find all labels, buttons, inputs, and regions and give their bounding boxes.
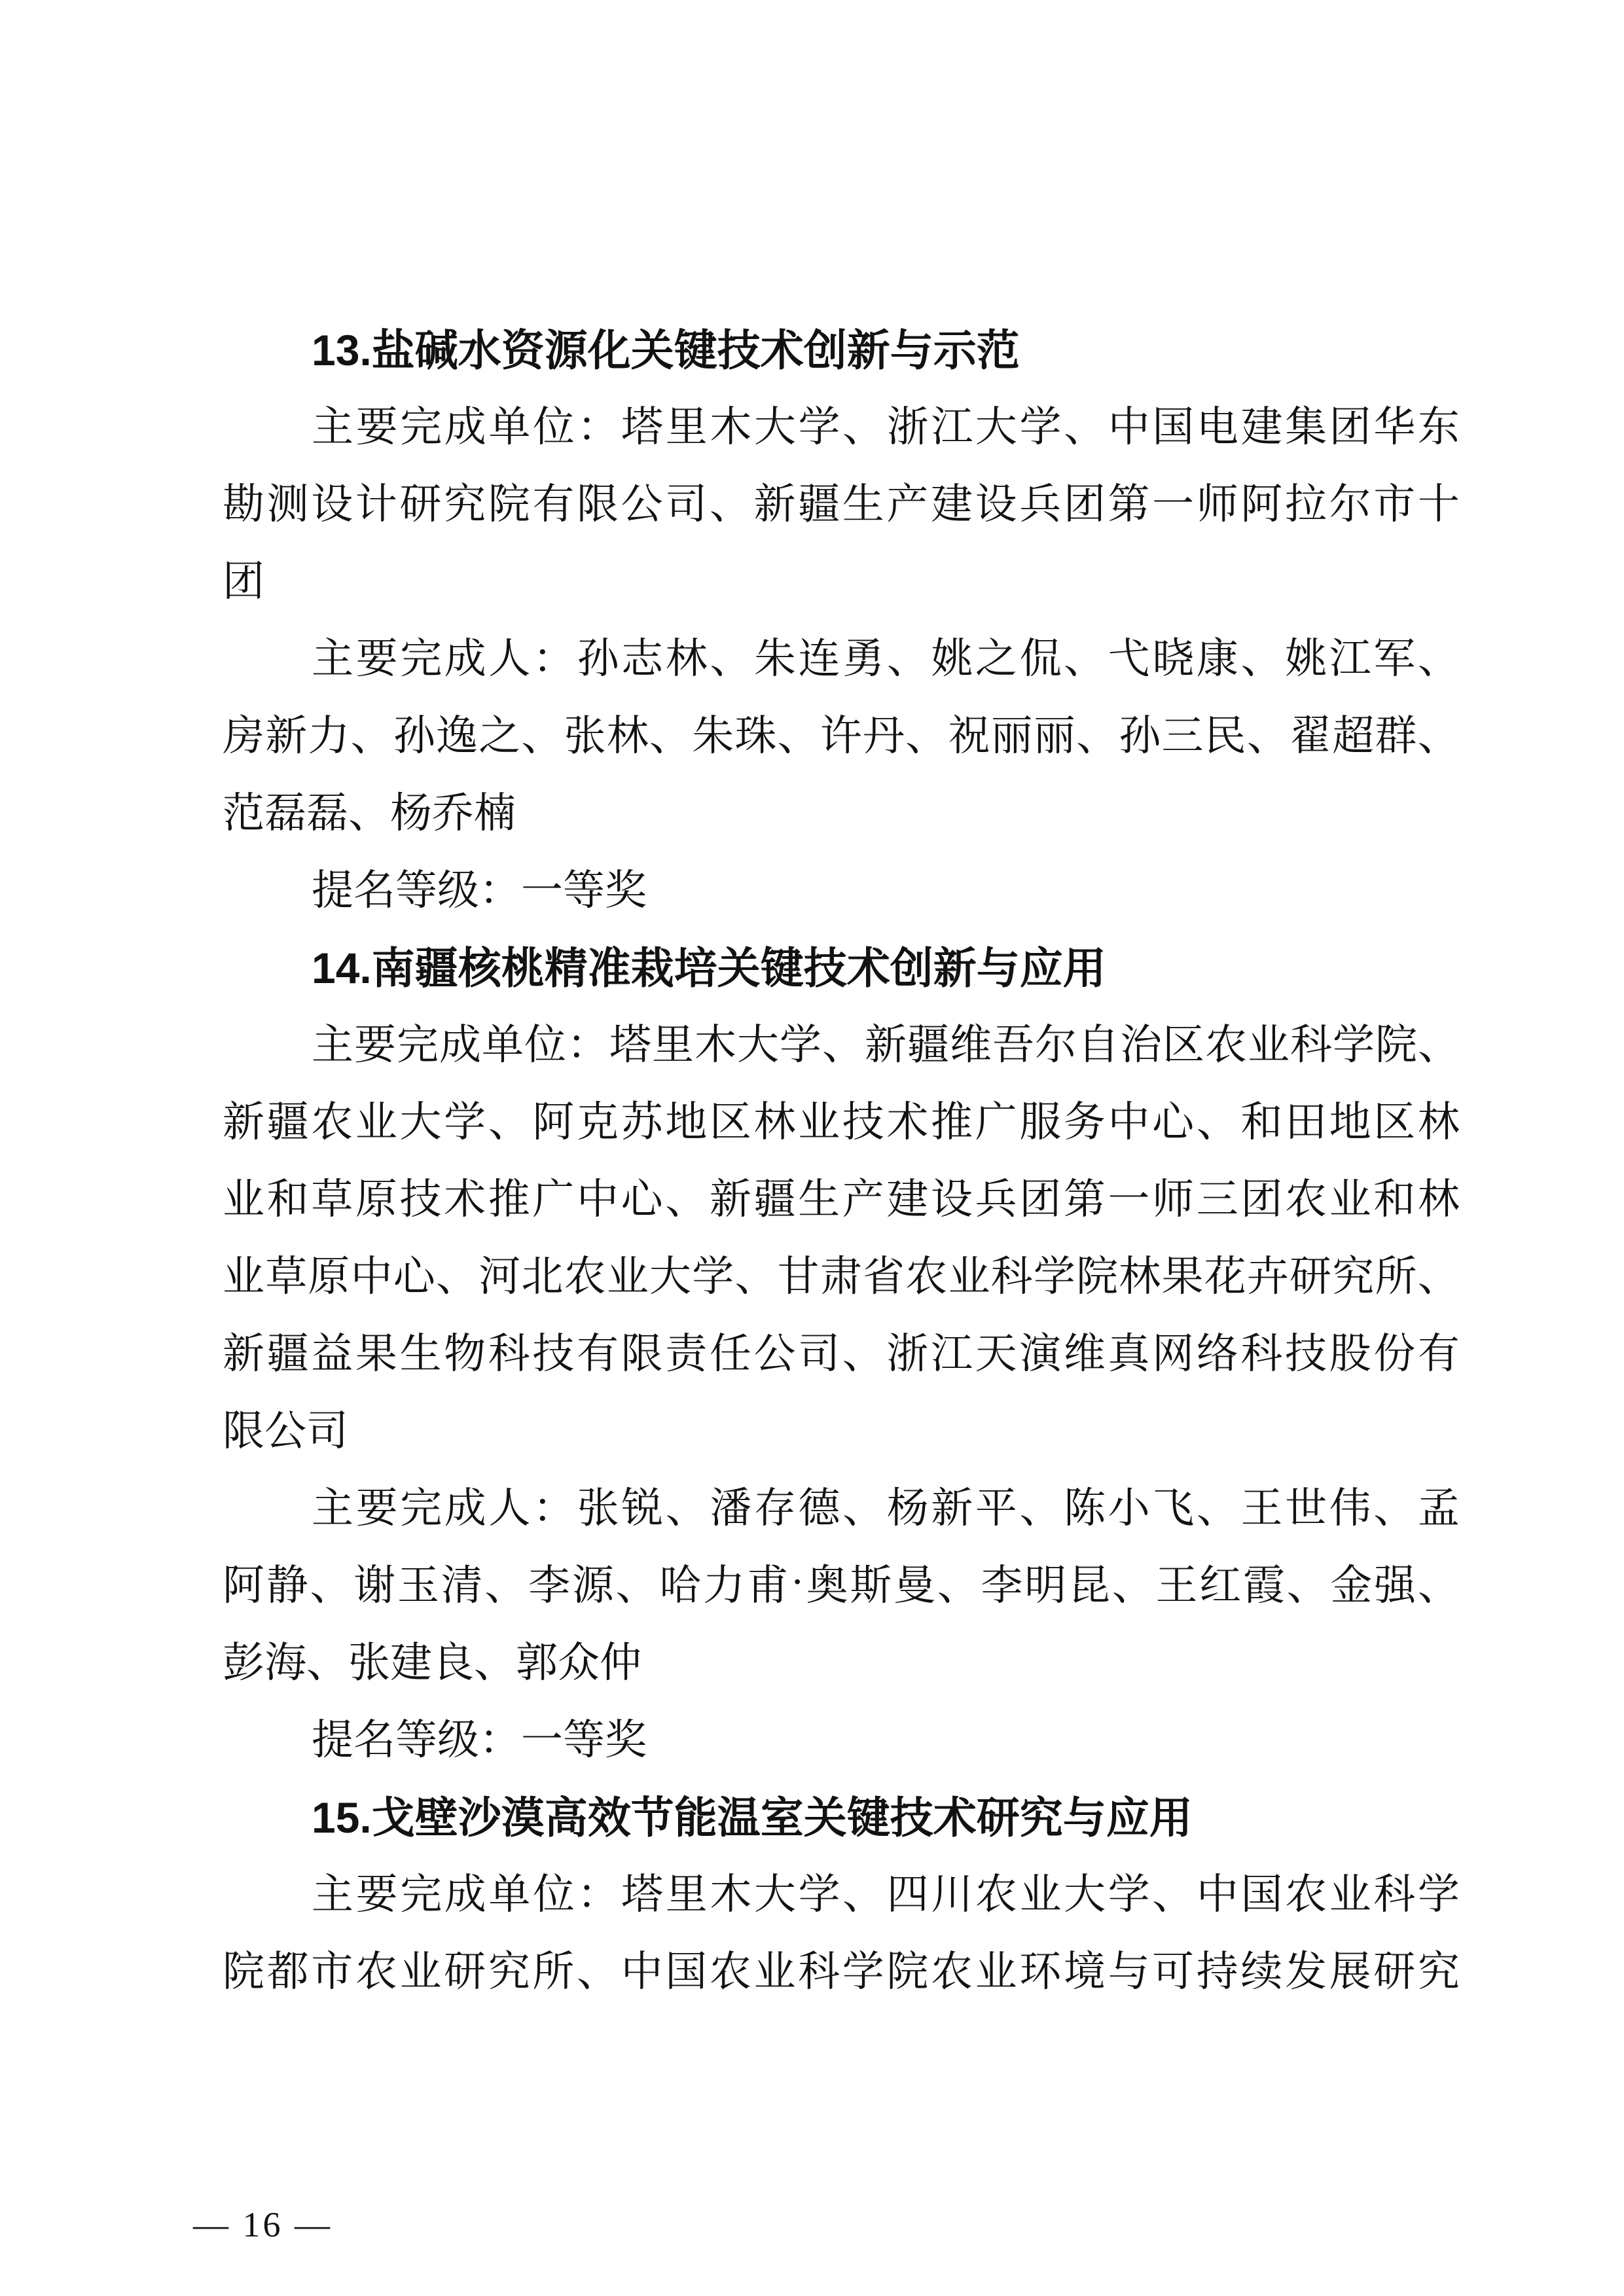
section-14-unit-line: 业草原中心、河北农业大学、甘肃省农业科学院林果花卉研究所、 [223,1234,1460,1312]
section-14-people-line: 阿静、谢玉清、李源、哈力甫·奥斯曼、李明昆、王红霞、金强、 [223,1543,1460,1621]
section-14-people-line: 主要完成人：张锐、潘存德、杨新平、陈小飞、王世伟、孟 [223,1466,1460,1543]
section-14-unit-line: 业和草原技术推广中心、新疆生产建设兵团第一师三团农业和林 [223,1157,1460,1234]
section-14-people-line: 彭海、张建良、郭众仲 [223,1621,1460,1698]
section-14-grade-line: 提名等级：一等奖 [223,1698,1460,1775]
section-13-unit-line: 团 [223,539,1460,617]
section-13-people-line: 房新力、孙逸之、张林、朱珠、许丹、祝丽丽、孙三民、翟超群、 [223,694,1460,771]
section-14-unit-line: 限公司 [223,1389,1460,1466]
section-13-unit-line: 勘测设计研究院有限公司、新疆生产建设兵团第一师阿拉尔市十 [223,462,1460,539]
section-13-heading: 13.盐碱水资源化关键技术创新与示范 [223,308,1460,385]
section-13-people-line: 范磊磊、杨乔楠 [223,771,1460,848]
section-14-unit-line: 新疆农业大学、阿克苏地区林业技术推广服务中心、和田地区林 [223,1080,1460,1157]
section-14-heading: 14.南疆核桃精准栽培关键技术创新与应用 [223,925,1460,1003]
page-body: 13.盐碱水资源化关键技术创新与示范 主要完成单位：塔里木大学、浙江大学、中国电… [223,308,1460,2007]
section-13-unit-line: 主要完成单位：塔里木大学、浙江大学、中国电建集团华东 [223,385,1460,462]
page-number: — 16 — [193,2204,333,2245]
section-14-unit-line: 新疆益果生物科技有限责任公司、浙江天演维真网络科技股份有 [223,1312,1460,1389]
section-13-people-line: 主要完成人：孙志林、朱连勇、姚之侃、弋晓康、姚江军、 [223,617,1460,694]
section-13-grade-line: 提名等级：一等奖 [223,848,1460,925]
section-15-unit-line: 主要完成单位：塔里木大学、四川农业大学、中国农业科学 [223,1852,1460,1929]
document-page: 13.盐碱水资源化关键技术创新与示范 主要完成单位：塔里木大学、浙江大学、中国电… [0,0,1624,2296]
section-15-heading: 15.戈壁沙漠高效节能温室关键技术研究与应用 [223,1775,1460,1852]
section-14-unit-line: 主要完成单位：塔里木大学、新疆维吾尔自治区农业科学院、 [223,1003,1460,1080]
section-15-unit-line: 院都市农业研究所、中国农业科学院农业环境与可持续发展研究 [223,1929,1460,2007]
